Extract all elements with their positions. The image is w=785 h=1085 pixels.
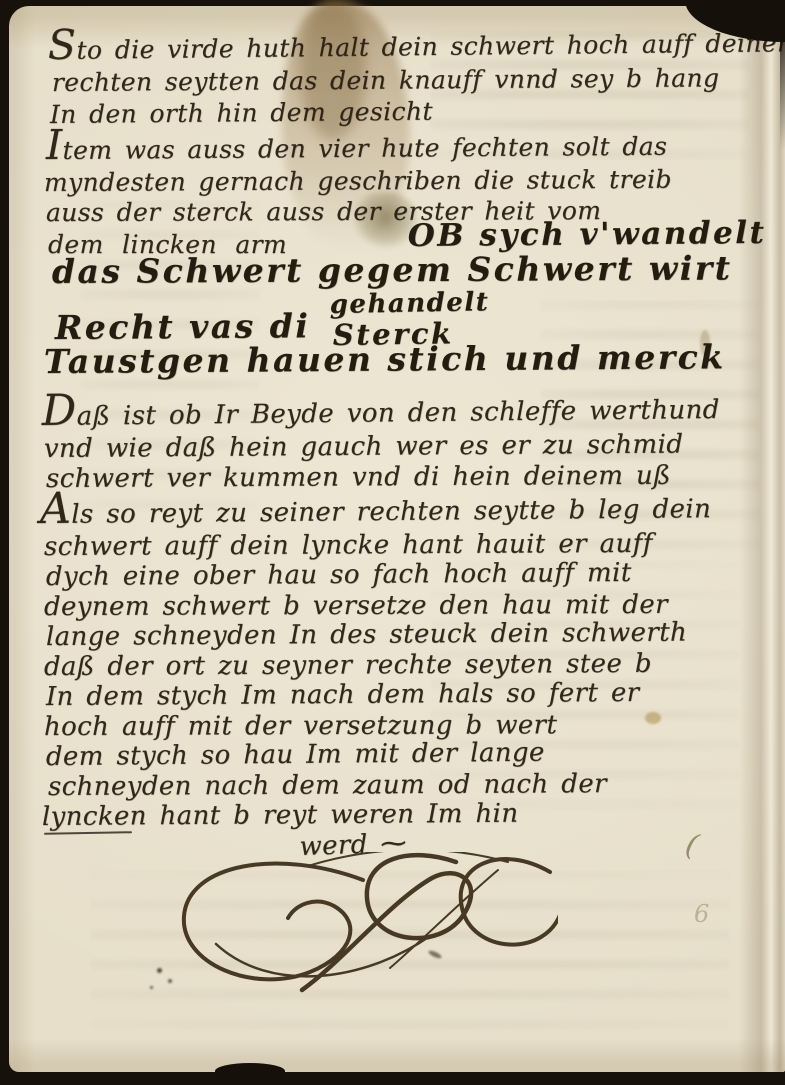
manuscript-line: vnd wie daß hein gauch wer es er zu schm… — [44, 430, 684, 464]
manuscript-line: schwert ver kummen vnd di hein deinem uß — [46, 461, 671, 494]
manuscript-line: myndesten gernach geschriben die stuck t… — [44, 165, 672, 197]
manuscript-line: In den orth hin dem gesicht — [50, 97, 433, 129]
manuscript-line: In dem stych Im nach dem hals so fert er — [46, 678, 640, 712]
ink-speck — [150, 986, 153, 989]
ink-spot — [645, 712, 661, 724]
margin-ink-mark: 6 — [694, 900, 709, 928]
page-edge-shadow — [780, 30, 785, 150]
manuscript-line: schwert auff dein lyncke hant hauit er a… — [44, 529, 653, 562]
verse-line-inserted: gehandelt — [329, 287, 489, 320]
manuscript-line: rechten seytten das dein knauff vnnd sey… — [52, 63, 720, 97]
manuscript-photo: { "document": { "kind": "handwritten man… — [0, 0, 785, 1085]
manuscript-line: Als so reyt zu seiner rechten seytte b l… — [40, 494, 712, 530]
manuscript-line: lange schneyden In des steuck dein schwe… — [46, 618, 687, 652]
manuscript-line: Item was auss den vier hute fechten solt… — [46, 132, 668, 165]
verse-line: Taustgen hauen stich und merck — [44, 337, 726, 381]
manuscript-line: daß der ort zu seyner rechte seyten stee… — [44, 649, 652, 682]
verse-line: das Schwert gegem Schwert wirt — [52, 248, 733, 291]
manuscript-line: schneyden nach dem zaum od nach der — [48, 769, 607, 802]
manuscript-line: dych eine ober hau so fach hoch auff mit — [46, 558, 632, 592]
manuscript-line: dem stych so hau Im mit der lange — [46, 738, 545, 772]
manuscript-line: lyncken hant b reyt weren Im hin — [42, 799, 519, 832]
pen-flourish-knot — [158, 852, 558, 1012]
page-edge-notch — [215, 1063, 285, 1079]
manuscript-line: deynem schwert b versetze den hau mit de… — [44, 590, 668, 622]
